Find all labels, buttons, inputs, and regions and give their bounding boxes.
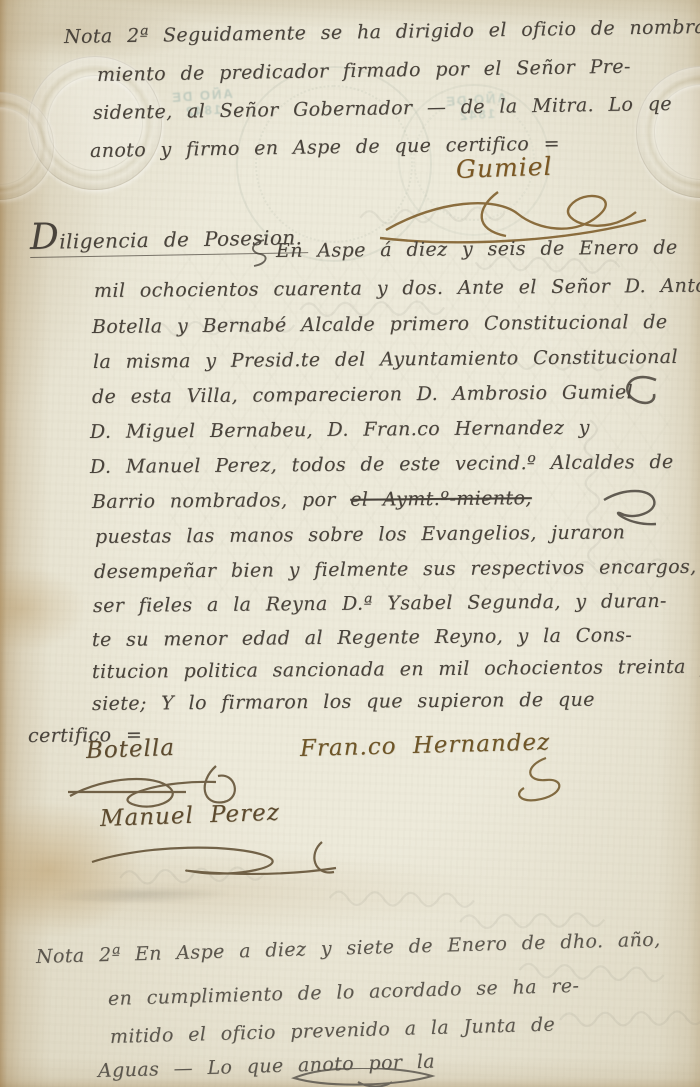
body-line-with-strikethrough: Barrio nombrados, por el Aymt.º-miento, — [92, 487, 532, 513]
body-line: puestas las manos sobre los Evangelios, … — [95, 521, 625, 548]
body-line: de esta Villa, comparecieron D. Ambrosio… — [92, 381, 633, 408]
diligencia-heading: Diligencia de Posesion. — [30, 223, 309, 258]
body-line: siete; Y lo firmaron los que supieron de… — [92, 689, 595, 715]
gumiel-signature: Gumiel — [455, 152, 553, 184]
body-line: te su menor edad al Regente Reyno, y la … — [92, 624, 632, 651]
bottom-note-label: Nota 2ª — [36, 944, 122, 968]
body-line: En Aspe á diez y seis de Enero de — [276, 236, 678, 262]
body-text: Barrio nombrados, por — [92, 489, 350, 513]
body-line: D. Miguel Bernabeu, D. Fran.co Hernandez… — [90, 417, 590, 443]
signature-botella: Botella — [86, 735, 176, 764]
strikethrough-text: el Aymt.º-miento, — [350, 487, 532, 511]
diligencia-heading-wrap: Diligencia de Posesion. — [30, 223, 309, 258]
manuscript-page: AÑO DE 1842 AÑO DE 1842 Nota 2ªSeguidame — [0, 0, 700, 1087]
top-note-label: Nota 2ª — [64, 25, 149, 48]
ink-smudge — [10, 880, 270, 911]
